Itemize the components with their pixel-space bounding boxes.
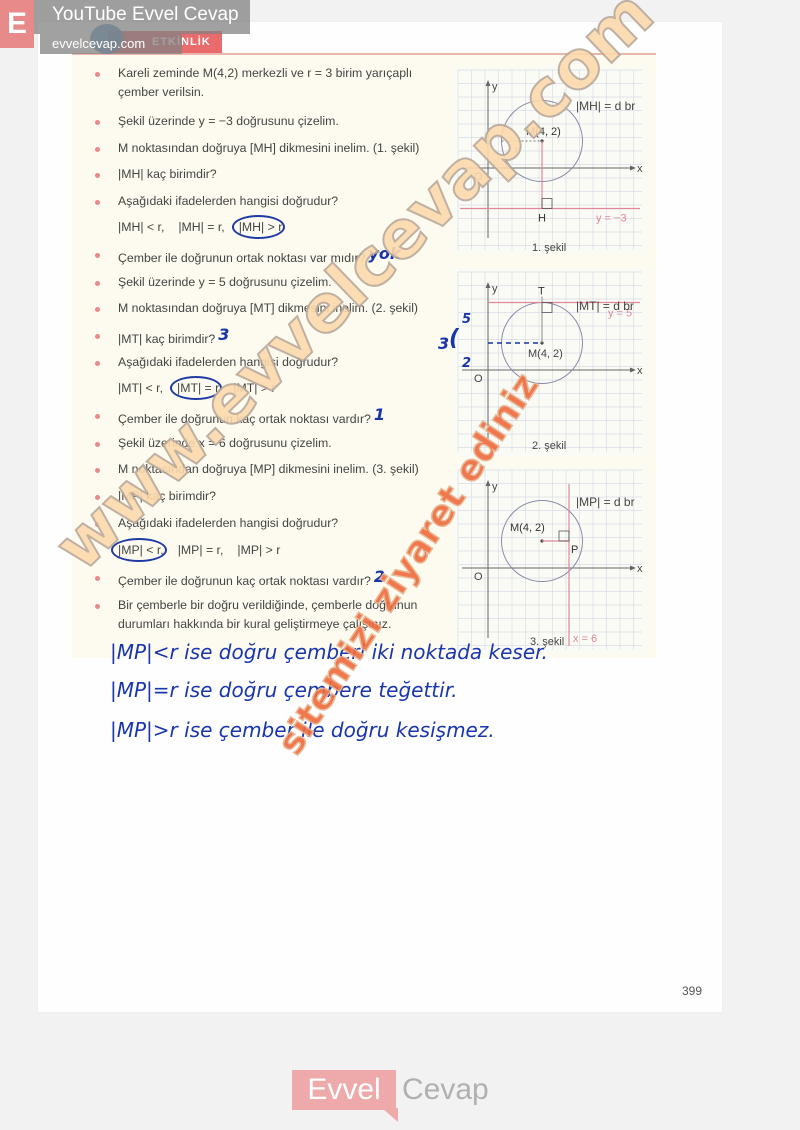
question-text-continued: çember verilsin.: [118, 85, 204, 99]
figure-3: yxOPM(4, 2)x = 6|MP| = d br: [454, 466, 646, 654]
question-text: Şekil üzerinde x = 6 doğrusunu çizelim.: [118, 436, 332, 450]
handwritten-answer: 3: [218, 325, 229, 344]
svg-text:y: y: [492, 481, 498, 493]
bullet-icon: [95, 576, 100, 581]
svg-text:P: P: [571, 544, 578, 556]
bullet-icon: [95, 468, 100, 473]
answer-option[interactable]: |MP| = r,: [178, 543, 224, 557]
svg-text:H: H: [538, 213, 546, 225]
answer-option[interactable]: |MH| < r,: [118, 220, 164, 234]
svg-text:x: x: [637, 365, 643, 377]
figure-1-caption: 1. şekil: [532, 242, 566, 254]
svg-text:y: y: [492, 283, 498, 295]
question-text: |MT| kaç birimdir?3: [118, 328, 229, 347]
question-text: M noktasından doğruya [MP] dikmesini ine…: [118, 462, 419, 476]
selected-answer-circle: [232, 215, 286, 239]
answer-options: |MT| < r,|MT| = r|MT| > r: [118, 381, 290, 395]
selected-answer-circle: [170, 376, 222, 400]
question-text: |MP| kaç birimdir?: [118, 489, 216, 503]
svg-text:x: x: [637, 563, 643, 575]
figure-2: yxOTM(4, 2)y = 5|MT| = d br: [454, 268, 646, 456]
svg-text:y: y: [492, 81, 498, 93]
svg-text:O: O: [474, 571, 483, 583]
svg-text:y = −3: y = −3: [596, 213, 627, 225]
bullet-icon: [95, 147, 100, 152]
bullet-icon: [95, 361, 100, 366]
answer-option[interactable]: |MT| = r: [177, 381, 219, 395]
answer-option[interactable]: |MT| > r: [233, 381, 275, 395]
figure-2-caption: 2. şekil: [532, 440, 566, 452]
figure-1: yxOrM(4, 2)Hy = −3|MH| = d br: [454, 66, 646, 254]
svg-text:T: T: [538, 286, 545, 298]
question-text: Şekil üzerinde y = −3 doğrusunu çizelim.: [118, 114, 339, 128]
question-text: Aşağıdaki ifadelerden hangisi doğrudur?: [118, 355, 338, 369]
annotation-bottom-value: 2: [462, 356, 471, 371]
answer-option[interactable]: |MP| > r: [237, 543, 280, 557]
handwritten-answer: 1: [374, 405, 385, 424]
answer-options: |MP| < r,|MP| = r,|MP| > r: [118, 543, 294, 557]
svg-text:O: O: [474, 373, 483, 385]
bullet-icon: [95, 200, 100, 205]
bullet-icon: [95, 414, 100, 419]
page-number: 399: [682, 984, 702, 998]
svg-text:O: O: [474, 171, 483, 183]
bullet-icon: [95, 72, 100, 77]
bullet-icon: [95, 442, 100, 447]
bullet-icon: [95, 604, 100, 609]
svg-text:M(4, 2): M(4, 2): [526, 126, 561, 138]
footer-logo-primary: Evvel: [292, 1070, 396, 1110]
question-text: Aşağıdaki ifadelerden hangisi doğrudur?: [118, 516, 338, 530]
question-text: Çember ile doğrunun kaç ortak noktası va…: [118, 570, 385, 589]
question-text: Bir çemberle bir doğru verildiğinde, çem…: [118, 598, 417, 612]
bullet-icon: [95, 173, 100, 178]
bullet-icon: [95, 334, 100, 339]
svg-text:|MT| = d br: |MT| = d br: [576, 299, 634, 313]
channel-title: YouTube Evvel Cevap: [52, 4, 239, 26]
handwritten-answer: 2: [374, 567, 385, 586]
svg-text:x: x: [637, 163, 643, 175]
channel-logo-icon: E: [0, 0, 34, 48]
bullet-icon: [95, 307, 100, 312]
answer-option[interactable]: |MT| < r,: [118, 381, 163, 395]
bullet-icon: [95, 522, 100, 527]
bullet-icon: [95, 120, 100, 125]
answer-option[interactable]: |MP| < r,: [118, 543, 164, 557]
question-text-continued: durumları hakkında bir kural geliştirmey…: [118, 617, 391, 631]
annotation-bracket: (: [449, 326, 459, 351]
footer-logo-secondary: Cevap: [402, 1070, 489, 1110]
svg-text:x = 6: x = 6: [573, 633, 597, 645]
bullet-icon: [95, 281, 100, 286]
answer-option[interactable]: |MH| > r: [239, 220, 283, 234]
svg-text:|MH| = d br: |MH| = d br: [576, 99, 635, 113]
svg-text:|MP| = d br: |MP| = d br: [576, 495, 635, 509]
question-text: |MH| kaç birimdir?: [118, 167, 217, 181]
handwritten-answer-1: |MP|<r ise doğru çemberi iki noktada kes…: [110, 640, 548, 664]
bullet-icon: [95, 495, 100, 500]
question-text: M noktasından doğruya [MH] dikmesini ine…: [118, 141, 419, 155]
logo-speech-tail: [382, 1108, 398, 1122]
svg-text:M(4, 2): M(4, 2): [510, 522, 545, 534]
handwritten-answer: yok: [368, 244, 400, 263]
question-text: Çember ile doğrunun kaç ortak noktası va…: [118, 408, 385, 427]
answer-option[interactable]: |MH| = r,: [178, 220, 224, 234]
question-text: Çember ile doğrunun ortak noktası var mı…: [118, 247, 400, 266]
question-text: Şekil üzerinde y = 5 doğrusunu çizelim.: [118, 275, 332, 289]
selected-answer-circle: [111, 538, 167, 562]
question-text: Kareli zeminde M(4,2) merkezli ve r = 3 …: [118, 66, 412, 80]
annotation-difference: 3: [438, 334, 449, 353]
question-text: Aşağıdaki ifadelerden hangisi doğrudur?: [118, 194, 338, 208]
site-link[interactable]: evvelcevap.com: [52, 36, 145, 51]
handwritten-answer-3: |MP|>r ise çember ile doğru kesişmez.: [110, 718, 495, 742]
annotation-top-value: 5: [462, 312, 471, 327]
answer-options: |MH| < r,|MH| = r,|MH| > r: [118, 220, 296, 234]
question-text: M noktasından doğruya [MT] dikmesini ine…: [118, 301, 418, 315]
svg-text:M(4, 2): M(4, 2): [528, 348, 563, 360]
bullet-icon: [95, 253, 100, 258]
handwritten-answer-2: |MP|=r ise doğru çembere teğettir.: [110, 678, 457, 702]
